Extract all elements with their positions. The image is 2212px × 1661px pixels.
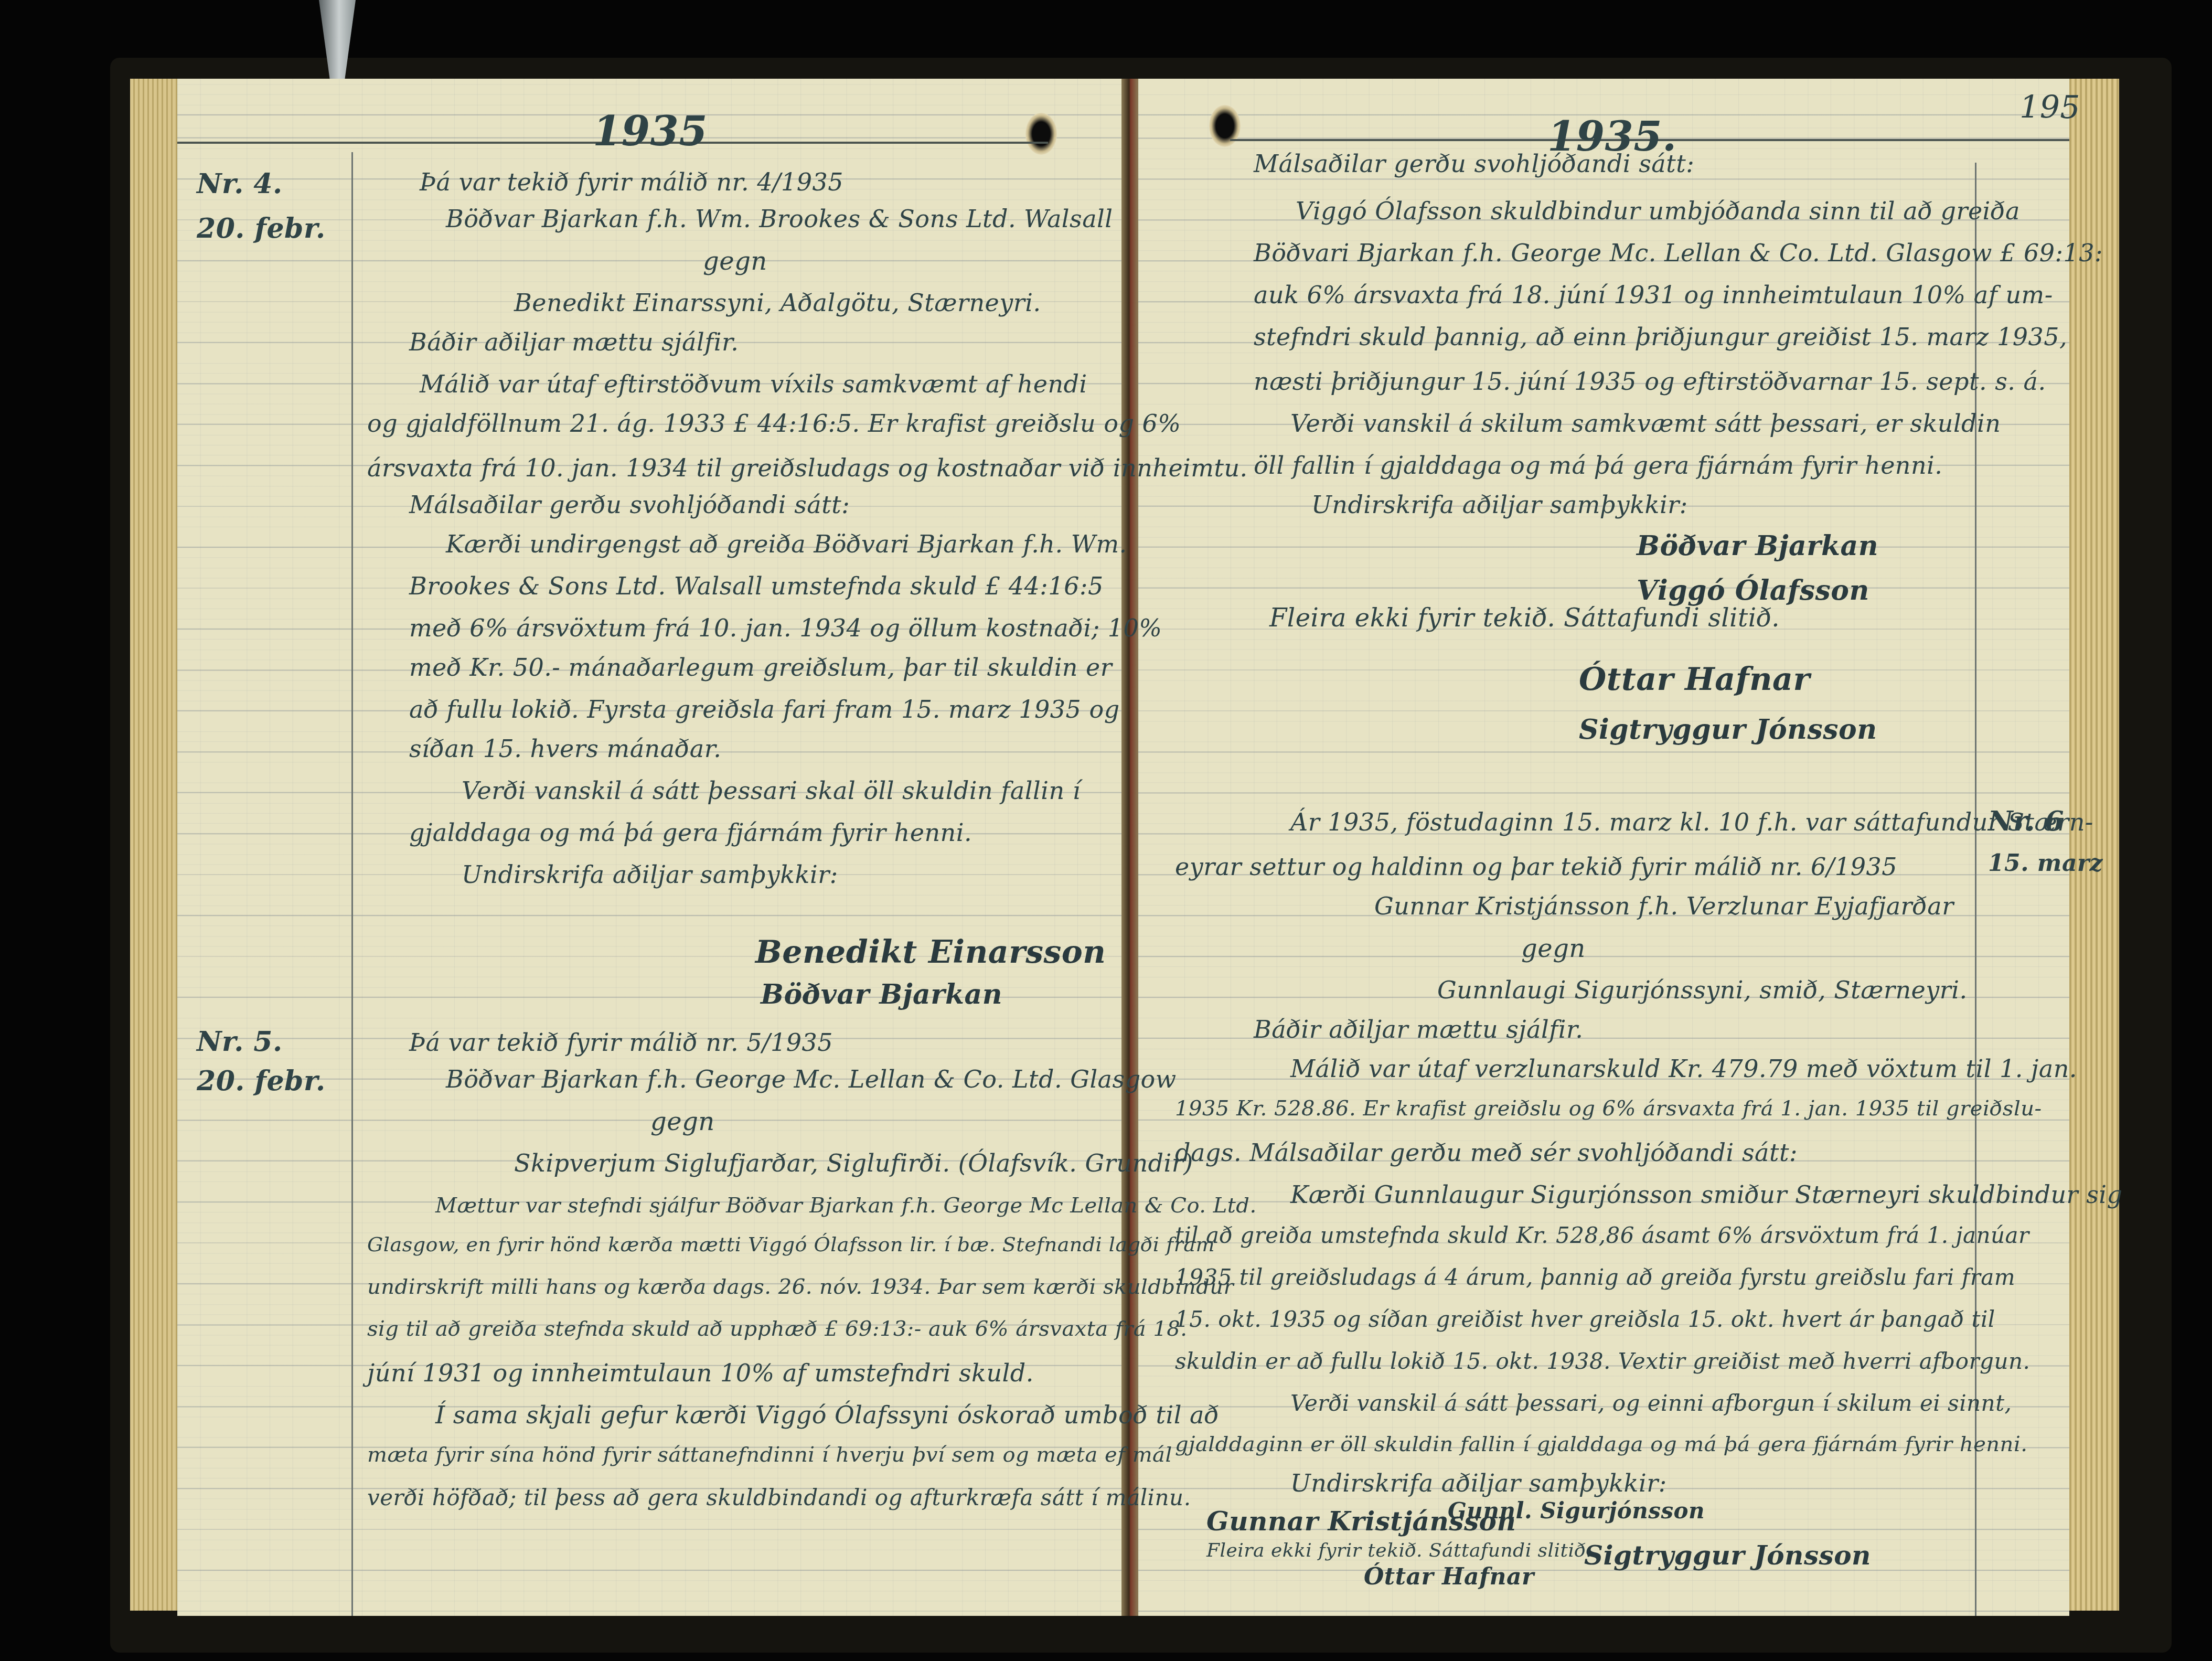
signature: Viggó Ólafsson	[1637, 574, 1869, 606]
page-edges-right	[2069, 79, 2119, 1611]
entry-line: Mættur var stefndi sjálfur Böðvar Bjarka…	[435, 1194, 1257, 1218]
entry-line: Kærði Gunnlaugur Sigurjónsson smiður Stæ…	[1290, 1180, 2122, 1209]
entry-line: gegn	[650, 1107, 715, 1136]
entry-line: til að greiða umstefnda skuld Kr. 528,86…	[1175, 1222, 2029, 1248]
punch-hole-left	[1025, 113, 1057, 155]
entry-line: með Kr. 50.- mánaðarlegum greiðslum, þar…	[409, 653, 1112, 682]
entry-line: dags. Málsaðilar gerðu með sér svohljóða…	[1175, 1138, 1798, 1167]
entry-line: Böðvar Bjarkan f.h. George Mc. Lellan & …	[446, 1065, 1177, 1093]
entry-line: síðan 15. hvers mánaðar.	[409, 734, 721, 763]
entry-line: Undirskrifa aðiljar samþykkir:	[1311, 491, 1688, 519]
entry-line: mæta fyrir sína hönd fyrir sáttanefndinn…	[367, 1443, 1172, 1467]
entry-line: Undirskrifa aðiljar samþykkir:	[1290, 1469, 1667, 1497]
entry-line: eyrar settur og haldinn og þar tekið fyr…	[1175, 853, 1897, 881]
entry-line: Böðvar Bjarkan f.h. Wm. Brookes & Sons L…	[446, 205, 1113, 233]
left-margin-column-rule	[351, 152, 353, 1616]
entry-line: Glasgow, en fyrir hönd kærða mætti Viggó…	[367, 1233, 1215, 1256]
book-gutter	[1121, 79, 1138, 1616]
entry-date: 15. marz	[1988, 850, 2103, 877]
entry-number: Nr. 5.	[197, 1026, 283, 1058]
closing-line: Fleira ekki fyrir tekið. Sáttafundi slit…	[1206, 1540, 1592, 1561]
entry-line: Báðir aðiljar mættu sjálfir.	[409, 328, 739, 356]
entry-date: 20. febr.	[197, 1065, 326, 1097]
entry-line: Báðir aðiljar mættu sjálfir.	[1254, 1015, 1583, 1044]
left-year-heading: 1935	[593, 108, 708, 155]
right-page	[1138, 79, 2069, 1616]
entry-date: 20. febr.	[197, 212, 326, 244]
entry-line: gegn	[1521, 934, 1586, 963]
entry-line: Verði vanskil á skilum samkvæmt sátt þes…	[1290, 409, 2001, 438]
official-signature: Sigtryggur Jónsson	[1579, 714, 1877, 746]
entry-line: Benedikt Einarssyni, Aðalgötu, Stærneyri…	[514, 289, 1041, 317]
official-signature: Sigtryggur Jónsson	[1584, 1540, 1871, 1571]
entry-line: Kærði undirgengst að greiða Böðvari Bjar…	[446, 530, 1127, 558]
signature: Böðvar Bjarkan	[1637, 530, 1878, 562]
entry-line: Gunnlaugi Sigurjónssyni, smið, Stærneyri…	[1437, 976, 1968, 1004]
entry-line: Þá var tekið fyrir málið nr. 4/1935	[420, 168, 843, 196]
entry-line: með 6% ársvöxtum frá 10. jan. 1934 og öl…	[409, 614, 1162, 642]
entry-line: júní 1931 og innheimtulaun 10% af umstef…	[367, 1359, 1034, 1387]
page-edges-left	[130, 79, 177, 1611]
entry-line: Málsaðilar gerðu svohljóðandi sátt:	[409, 491, 850, 519]
entry-line: Verði vanskil á sátt þessari, og einni a…	[1290, 1390, 2012, 1416]
entry-line: auk 6% ársvaxta frá 18. júní 1931 og inn…	[1254, 281, 2053, 309]
entry-line: Gunnar Kristjánsson f.h. Verzlunar Eyjaf…	[1374, 892, 1954, 920]
entry-line: Þá var tekið fyrir málið nr. 5/1935	[409, 1028, 833, 1057]
entry-line: stefndri skuld þannig, að einn þriðjungu…	[1254, 323, 2067, 351]
entry-line: Í sama skjali gefur kærði Viggó Ólafssyn…	[435, 1401, 1219, 1429]
entry-line: Málsaðilar gerðu svohljóðandi sátt:	[1254, 150, 1694, 178]
entry-line: sig til að greiða stefnda skuld að upphæ…	[367, 1317, 1188, 1341]
entry-line: öll fallin í gjalddaga og má þá gera fjá…	[1254, 451, 1942, 480]
entry-line: ársvaxta frá 10. jan. 1934 til greiðslud…	[367, 454, 1248, 482]
page-number: 195	[2019, 89, 2080, 126]
entry-line: Skipverjum Siglufjarðar, Siglufirði. (Ól…	[514, 1149, 1193, 1177]
entry-line: 1935 til greiðsludags á 4 árum, þannig a…	[1175, 1264, 2015, 1290]
signature: Benedikt Einarsson	[755, 934, 1106, 971]
entry-line: Verði vanskil á sátt þessari skal öll sk…	[462, 776, 1081, 805]
signature: Böðvar Bjarkan	[761, 978, 1002, 1010]
signature: Gunnl. Sigurjónsson	[1448, 1498, 1705, 1524]
entry-line: 1935 Kr. 528.86. Er krafist greiðslu og …	[1175, 1096, 2042, 1121]
entry-line: og gjaldföllnum 21. ág. 1933 £ 44:16:5. …	[367, 409, 1181, 438]
entry-line: undirskrift milli hans og kærða dags. 26…	[367, 1275, 1234, 1299]
entry-line: gegn	[703, 247, 767, 276]
entry-line: skuldin er að fullu lokið 15. okt. 1938.…	[1175, 1348, 2030, 1374]
entry-line: Brookes & Sons Ltd. Walsall umstefnda sk…	[409, 572, 1104, 600]
entry-line: gjalddaga og má þá gera fjárnám fyrir he…	[409, 818, 972, 847]
entry-line: 15. okt. 1935 og síðan greiðist hver gre…	[1175, 1306, 1995, 1332]
entry-line: Böðvari Bjarkan f.h. George Mc. Lellan &…	[1254, 239, 2103, 267]
official-signature: Óttar Hafnar	[1579, 661, 1810, 698]
entry-line: Undirskrifa aðiljar samþykkir:	[462, 860, 838, 889]
entry-line: næsti þriðjungur 15. júní 1935 og eftirs…	[1254, 367, 2046, 396]
entry-line: Viggó Ólafsson skuldbindur umbjóðanda si…	[1296, 197, 2020, 225]
entry-line: Málið var útaf eftirstöðvum víxils samkv…	[420, 370, 1087, 398]
entry-line: gjalddaginn er öll skuldin fallin í gjal…	[1175, 1432, 2027, 1456]
entry-line: Málið var útaf verzlunarskuld Kr. 479.79…	[1290, 1055, 2077, 1083]
official-signature: Óttar Hafnar	[1364, 1563, 1534, 1590]
entry-line: að fullu lokið. Fyrsta greiðsla fari fra…	[409, 695, 1120, 723]
entry-line: Ár 1935, föstudaginn 15. marz kl. 10 f.h…	[1290, 808, 2093, 836]
closing-line: Fleira ekki fyrir tekið. Sáttafundi slit…	[1269, 603, 1780, 633]
entry-number: Nr. 4.	[197, 168, 283, 200]
entry-line: verði höfðað; til þess að gera skuldbind…	[367, 1485, 1191, 1510]
